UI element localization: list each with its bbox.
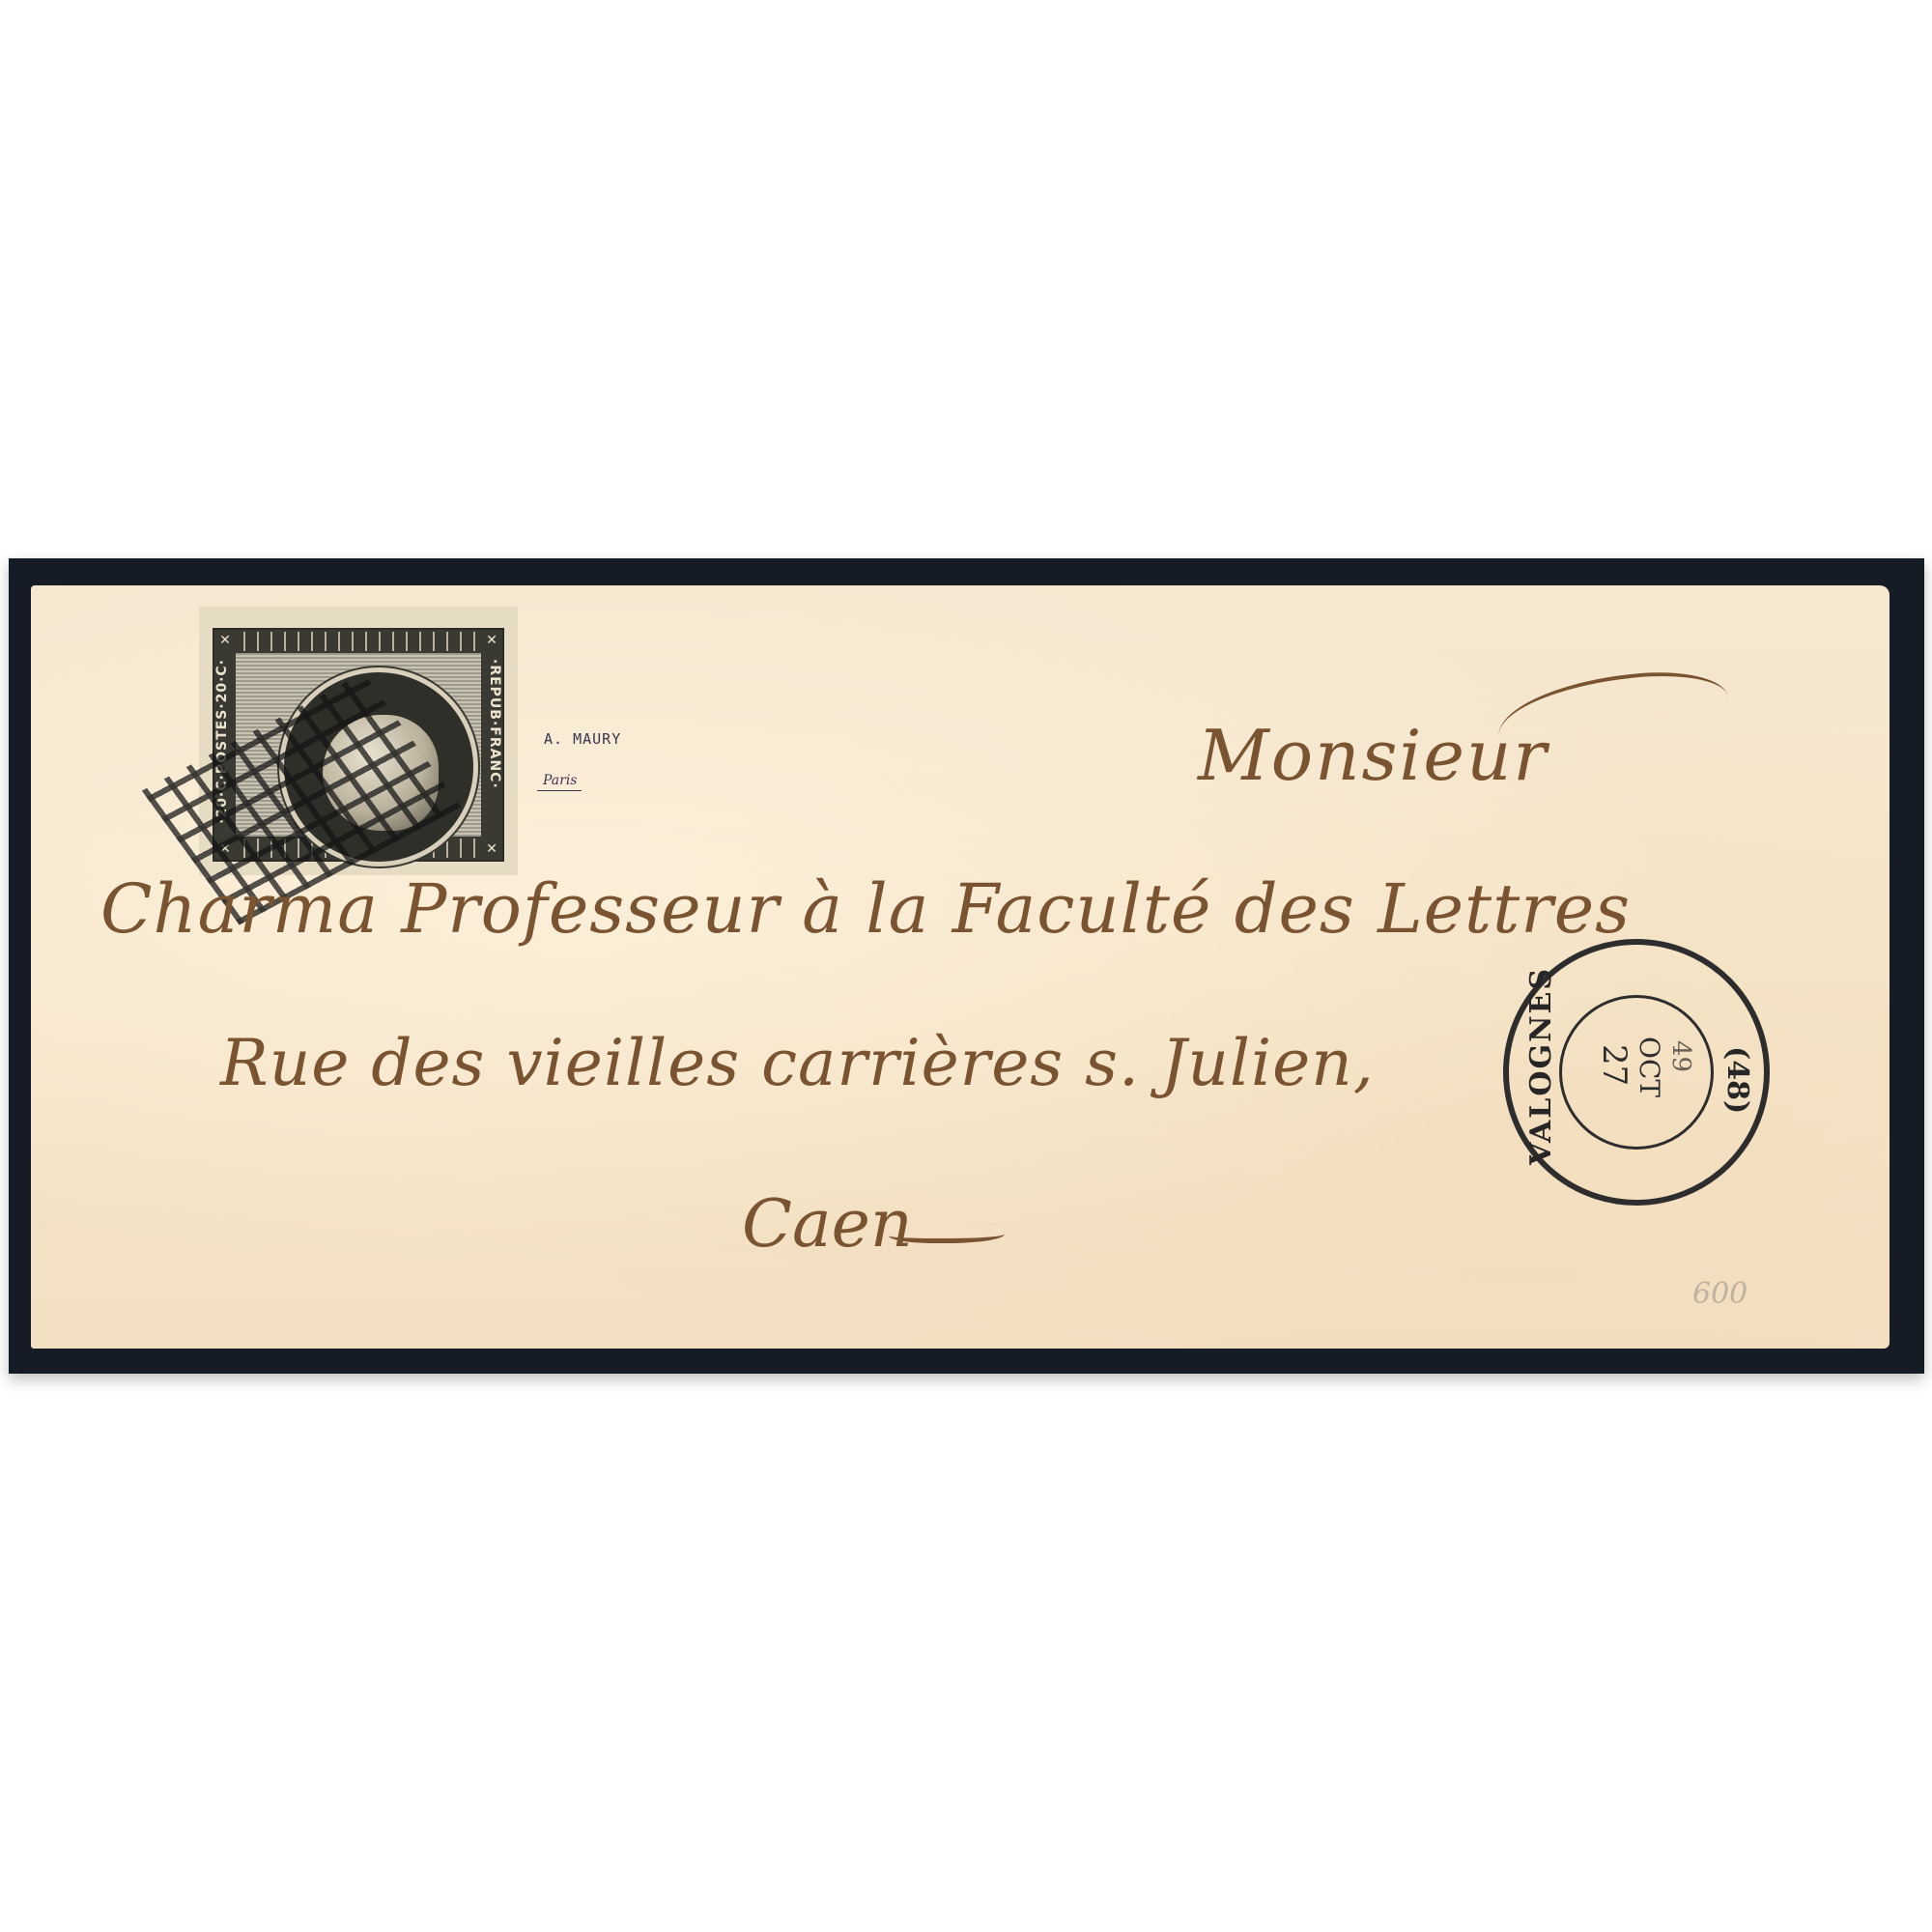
pencil-note: 600 [1692,1277,1747,1311]
stamp-country-text: ·REPUB·FRANC· [481,659,502,789]
salutation: Monsieur [1198,715,1548,796]
dealer-mark: A. MAURY [544,730,621,748]
postmark: VALOGNES (48) 27 OCT 49 [1503,939,1770,1206]
stamp-corner-icon: ✕ [214,630,236,651]
greek-key-border [238,632,479,651]
address-city: Caen [742,1186,913,1263]
dealer-signature: Paris [537,773,582,791]
stamp-corner-icon: ✕ [481,838,502,860]
postmark-date-ring: 27 OCT 49 [1559,995,1714,1150]
postmark-month: OCT [1634,1037,1665,1097]
postmark-town: VALOGNES [1524,991,1563,1165]
address-line-2: Rue des vieilles carrières s. Julien, [220,1026,1375,1100]
address-line-1: Charma Professeur à la Faculté des Lettr… [100,869,1631,949]
stamp-corner-icon: ✕ [481,630,502,651]
postmark-day: 27 [1595,1044,1634,1086]
postmark-department: (48) [1716,1022,1754,1138]
postmark-year: 49 [1666,1040,1695,1072]
city-flourish [889,1225,1005,1243]
